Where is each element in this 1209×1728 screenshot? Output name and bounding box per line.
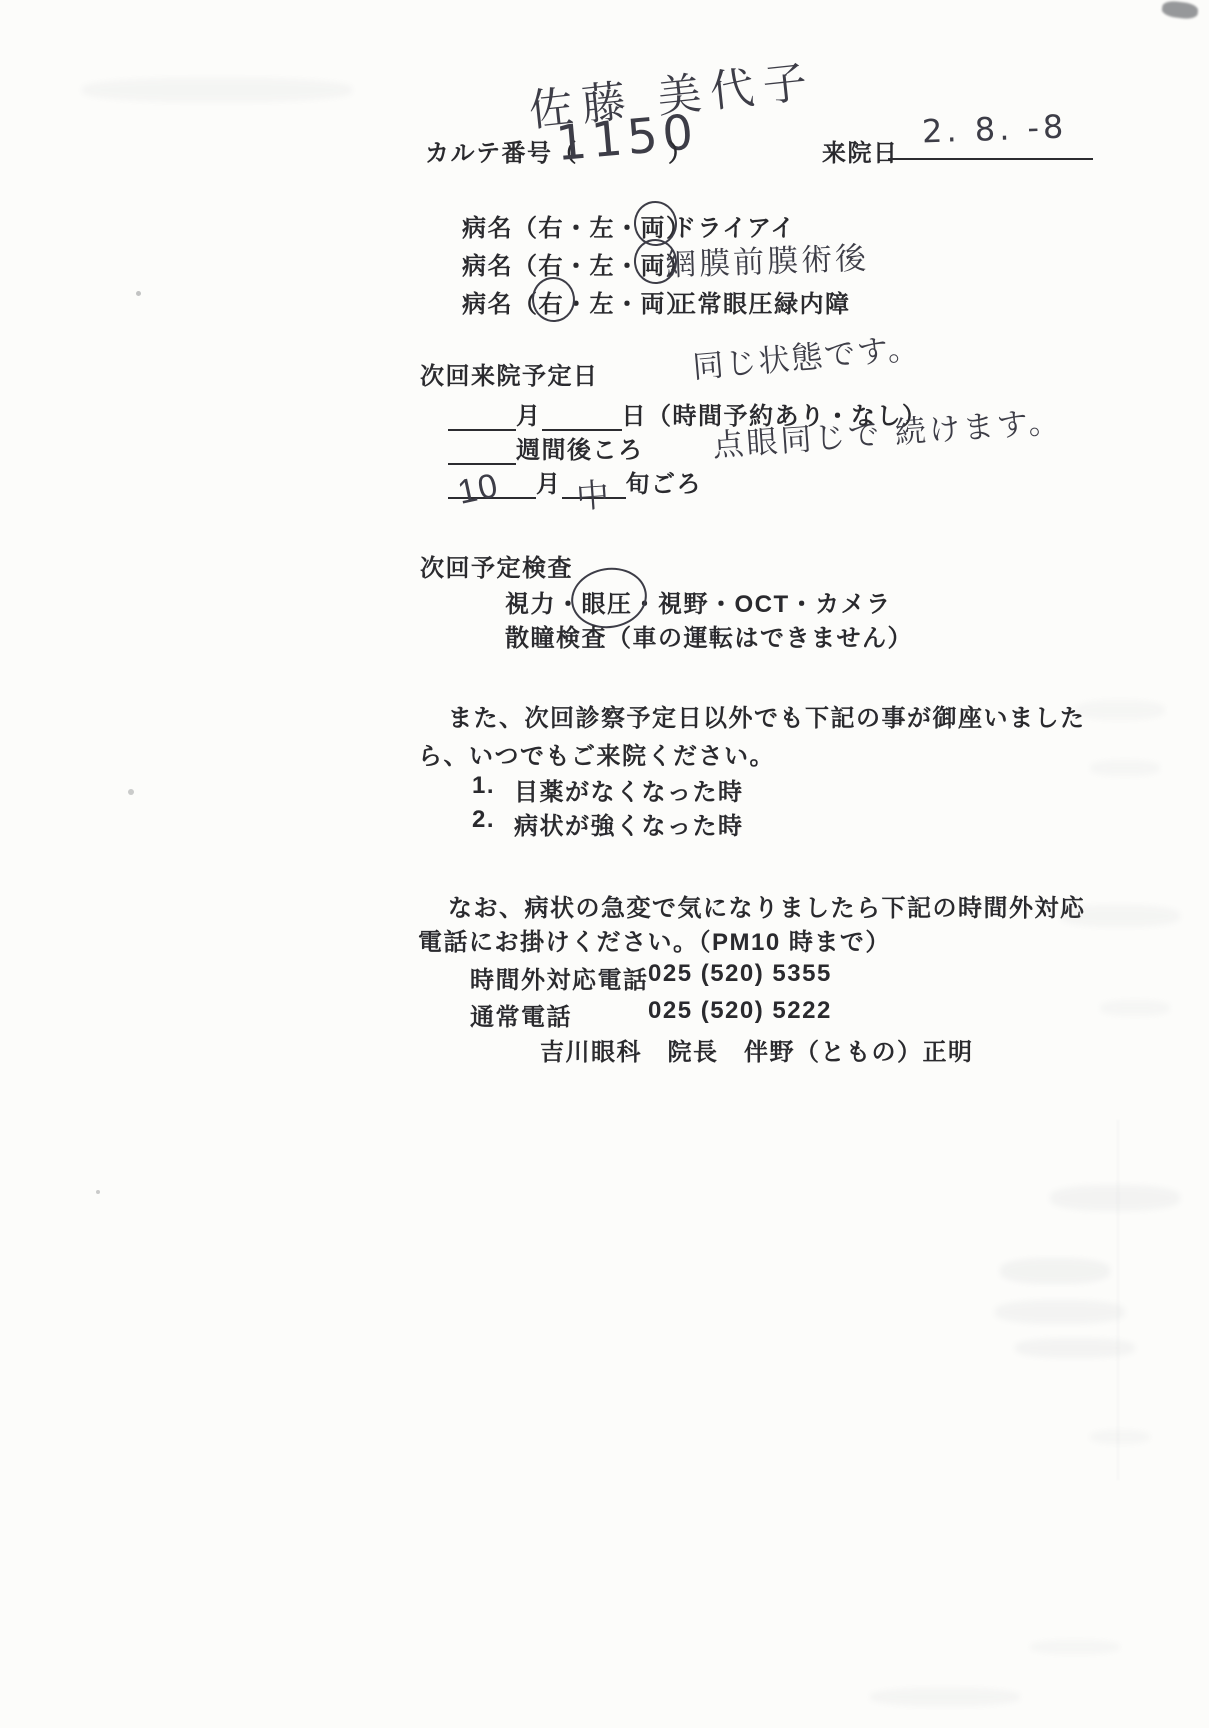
scan-speck [96,1190,100,1194]
weeks-later-label: 週間後ころ [516,437,644,464]
diagnosis-row: 病名（右・左・両） [462,208,692,243]
weeks-later-line: 週間後ころ [448,430,644,465]
bleedthrough-smudge [1100,1000,1170,1016]
option-separator: ・ [615,215,641,242]
option-separator: ・ [564,215,590,242]
exam-item-eye-pressure-circled: 眼圧 [582,584,633,619]
bleedthrough-smudge [995,1300,1125,1324]
diagnosis-label: 病名（ [462,291,539,318]
option-separator: ・ [564,291,590,318]
emergency-notice-line1: なお、病状の急変で気になりましたら下記の時間外対応 [448,888,1086,923]
afterhours-phone-number: 025 (520) 5355 [648,960,832,988]
afterhours-phone-label: 時間外対応電話 [470,960,649,995]
visit-date-label: 来院日 [822,133,899,168]
option-separator: ・ [564,253,590,280]
option-right-circled: 右 [539,284,565,319]
exam-items-rest: ・視野・OCT・カメラ [633,591,892,618]
scanned-clinic-note: 佐藤 美代子 カルテ番号（ 1150 ） 来院日 2. 8. -8 病名（右・左… [0,0,1209,1728]
bleedthrough-smudge [1060,905,1180,927]
bleedthrough-smudge [1090,760,1160,776]
clinic-signature: 吉川眼科 院長 伴野（ともの）正明 [540,1032,974,1067]
month-label: 月 [516,403,542,430]
period-value-handwriting: 中 [574,469,612,518]
diagnosis-label: 病名（ [462,253,539,280]
bleedthrough-smudge [1030,1640,1120,1654]
dilation-exam-line: 散瞳検査（車の運転はできません） [505,618,913,653]
option-separator: ・ [615,253,641,280]
period-suffix-label: 旬ごろ [626,471,703,498]
diagnosis-name-printed: 正常眼圧緑内障 [672,284,851,319]
option-right: 右 [539,215,565,242]
option-both-circled: 両 [641,246,667,281]
chart-number-close-paren: ） [668,133,694,168]
return-notice-line2: ら、いつでもご来院ください。 [418,736,775,771]
list-item-eyedrops-out: 目薬がなくなった時 [514,772,744,807]
normal-phone-number: 025 (520) 5222 [648,997,832,1025]
option-both-circled: 両 [641,208,667,243]
list-item-number: 1. [472,772,495,800]
status-note-handwriting: 同じ状態です。 [690,322,922,387]
next-visit-heading: 次回来院予定日 [420,356,599,391]
option-separator: ・ [615,291,641,318]
option-left: 左 [590,291,616,318]
exam-item-visual-acuity: 視力 [505,591,556,618]
next-exam-heading: 次回予定検査 [420,548,573,583]
month-label: 月 [536,471,562,498]
diagnosis-row: 病名（右・左・両） [462,246,692,281]
bleedthrough-smudge [1090,1430,1150,1444]
scan-smudge [1161,0,1199,20]
visit-date-underline [888,158,1093,160]
month-value-field: 10 [448,470,536,499]
diagnosis-name-handwriting: 網膜前膜術後 [664,232,869,284]
exam-items-line: 視力・眼圧・視野・OCT・カメラ [505,584,892,619]
list-item-symptoms-worse: 病状が強くなった時 [514,806,744,841]
day-blank-field [542,402,622,431]
bleedthrough-smudge [1075,700,1165,720]
option-both: 両 [641,291,667,318]
day-label: 日 [622,403,648,430]
bleedthrough-smudge [1000,1258,1110,1284]
diagnosis-label: 病名（ [462,215,539,242]
option-right: 右 [539,253,565,280]
option-left: 左 [590,215,616,242]
emergency-notice-line2: 電話にお掛けください。（PM10 時まで） [418,922,891,957]
scan-fold-line [1117,1120,1119,1480]
scan-speck [136,291,141,296]
option-left: 左 [590,253,616,280]
bleedthrough-smudge [870,1688,1020,1706]
list-item-number: 2. [472,806,495,834]
scan-smudge [82,78,352,102]
period-value-field: 中 [562,470,626,499]
return-notice-line1: また、次回診察予定日以外でも下記の事が御座いました [448,698,1086,733]
month-value-handwriting: 10 [454,466,502,513]
exam-separator: ・ [556,591,582,618]
bleedthrough-smudge [1050,1185,1180,1211]
visit-date-value: 2. 8. -8 [921,107,1068,150]
normal-phone-label: 通常電話 [470,997,572,1032]
diagnosis-row: 病名（右・左・両） [462,284,692,319]
scan-speck [128,789,134,795]
month-blank-field [448,402,516,431]
month-period-line: 10月中旬ごろ [448,464,702,499]
weeks-blank-field [448,436,516,465]
